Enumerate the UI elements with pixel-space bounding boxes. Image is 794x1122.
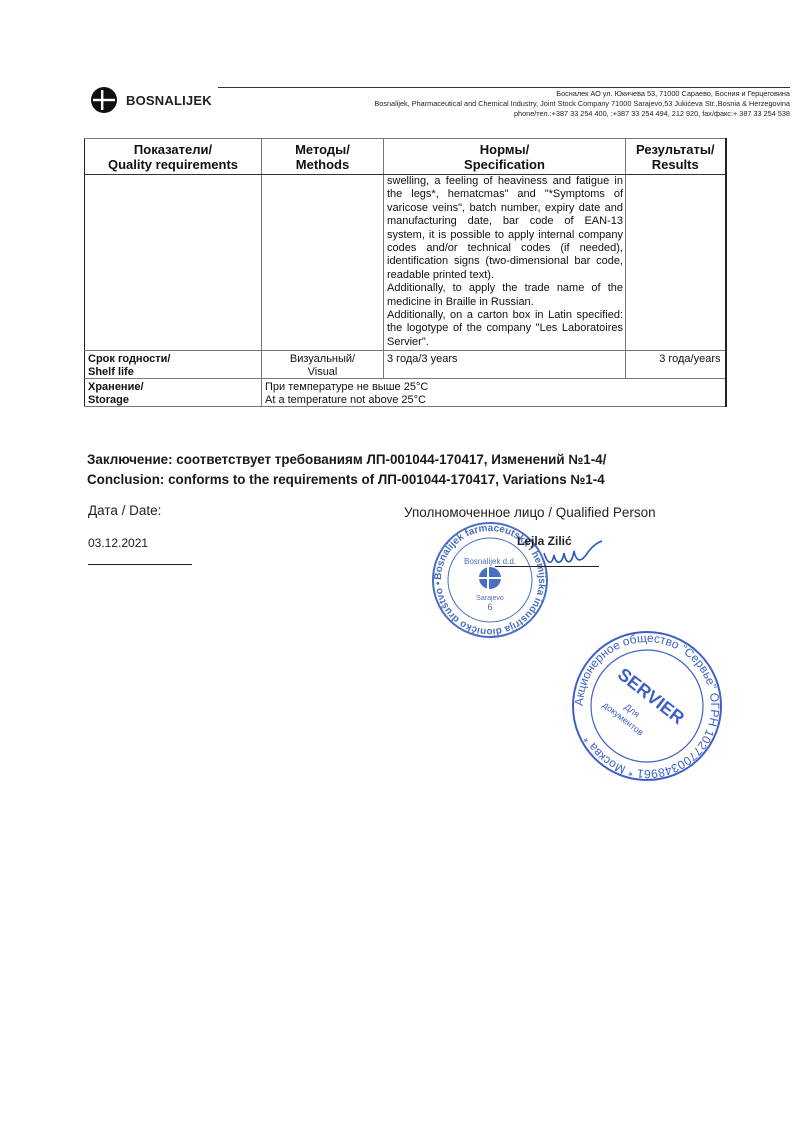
labelling-spec-text: swelling, a feeling of heaviness and fat… [384,175,626,351]
shelf-life-method: Визуальный/Visual [262,351,384,379]
storage-label: Хранение/Storage [85,379,262,407]
company-address: Босналек АО ул. Юкичева 53, 71000 Сараев… [374,89,790,119]
shelf-life-result: 3 года/years [626,351,726,379]
conclusion: Заключение: соответствует требованиям ЛП… [87,450,606,490]
header-quality-requirements: Показатели/Quality requirements [85,139,262,175]
table-row-storage: Хранение/Storage При температуре не выше… [85,379,726,407]
conclusion-en: Conclusion: conforms to the requirements… [87,470,606,490]
header-methods: Методы/Methods [262,139,384,175]
svg-text:Bosnalijek d.d.: Bosnalijek d.d. [464,557,516,566]
date-label: Дата / Date: [88,503,161,518]
contact-phones: phone/тел.:+387 33 254 400, :+387 33 254… [374,109,790,119]
storage-spec: При температуре не выше 25°CAt a tempera… [262,379,726,407]
qualified-person-label: Уполномоченное лицо / Qualified Person [404,505,656,520]
date-underline [88,564,192,565]
header-rule [218,87,790,88]
svg-text:6: 6 [487,602,492,612]
servier-stamp-icon: Акционерное общество "Сервье" ОГРН 10277… [567,628,727,783]
table-header-row: Показатели/Quality requirements Методы/M… [85,139,726,175]
shelf-life-spec: 3 года/3 years [384,351,626,379]
table-row-labelling-continuation: swelling, a feeling of heaviness and fat… [85,175,726,351]
svg-text:документов: документов [601,700,646,738]
svg-text:Sarajevo: Sarajevo [476,595,504,602]
address-ru: Босналек АО ул. Юкичева 53, 71000 Сараев… [374,89,790,99]
address-en: Bosnalijek, Pharmaceutical and Chemical … [374,99,790,109]
table-row-shelf-life: Срок годности/Shelf life Визуальный/Visu… [85,351,726,379]
bosnalijek-logo-icon [90,86,118,114]
shelf-life-label: Срок годности/Shelf life [85,351,262,379]
brand-name: BOSNALIJEK [126,93,212,108]
header-specification: Нормы/Specification [384,139,626,175]
date-value: 03.12.2021 [88,536,148,550]
conclusion-ru: Заключение: соответствует требованиям ЛП… [87,450,606,470]
specification-table: Показатели/Quality requirements Методы/M… [84,138,727,407]
header-results: Результаты/Results [626,139,726,175]
signature-icon [540,535,610,571]
